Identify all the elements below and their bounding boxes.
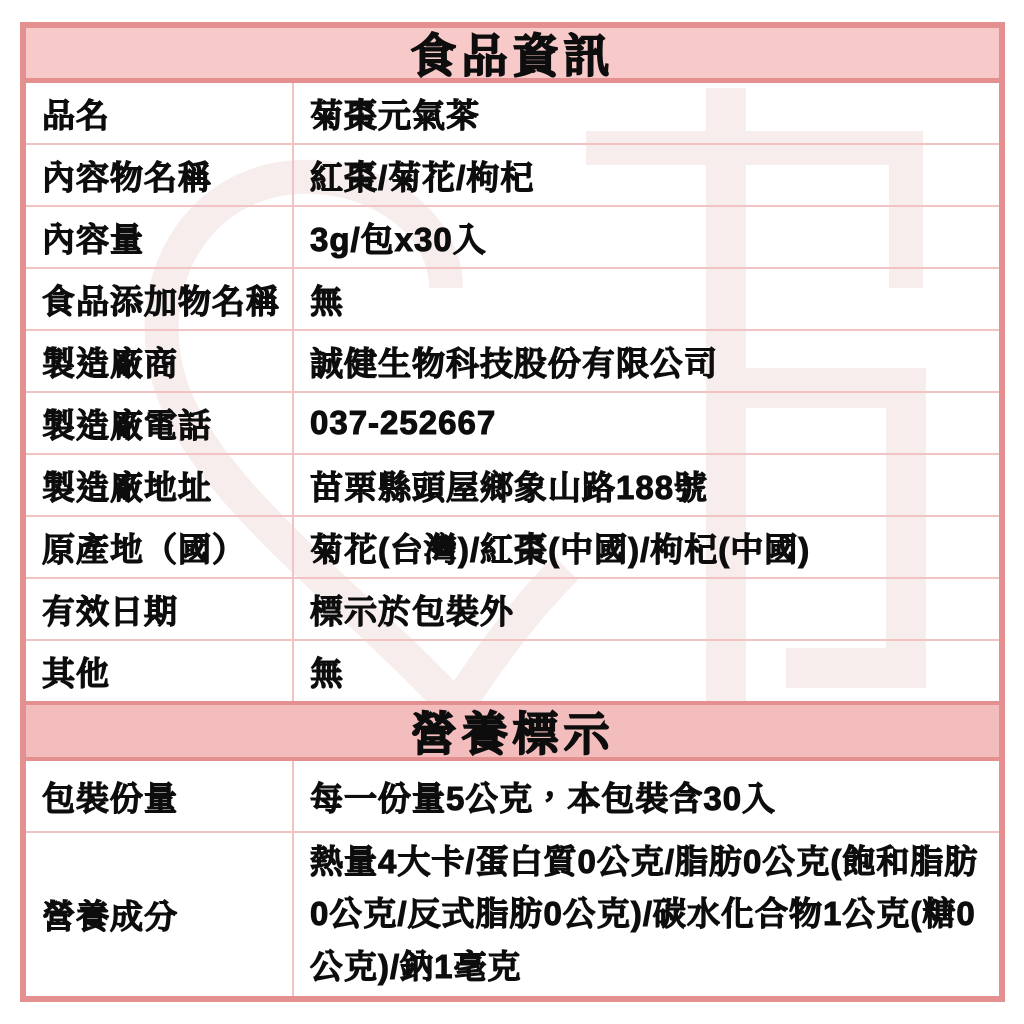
table-row-other: 其他 無: [26, 641, 999, 701]
row-label: 包裝份量: [26, 761, 294, 831]
section-header-nutrition: 營養標示: [26, 701, 999, 761]
nutrition-section: 包裝份量 每一份量5公克，本包裝含30入 營養成分 熱量4大卡/蛋白質0公克/脂…: [26, 761, 999, 996]
row-value: 無: [294, 641, 999, 701]
row-label: 品名: [26, 83, 294, 143]
row-value: 無: [294, 269, 999, 329]
table-row-origin-country: 原產地（國） 菊花(台灣)/紅棗(中國)/枸杞(中國): [26, 517, 999, 579]
table-row-nutrition-facts: 營養成分 熱量4大卡/蛋白質0公克/脂肪0公克(飽和脂肪0公克/反式脂肪0公克)…: [26, 833, 999, 996]
row-value: 3g/包x30入: [294, 207, 999, 267]
row-label: 其他: [26, 641, 294, 701]
row-label: 製造廠商: [26, 331, 294, 391]
row-value: 菊花(台灣)/紅棗(中國)/枸杞(中國): [294, 517, 999, 577]
table-row-product-name: 品名 菊棗元氣茶: [26, 83, 999, 145]
row-label: 有效日期: [26, 579, 294, 639]
row-label: 製造廠電話: [26, 393, 294, 453]
row-label: 內容物名稱: [26, 145, 294, 205]
row-value: 紅棗/菊花/枸杞: [294, 145, 999, 205]
row-label: 營養成分: [26, 833, 294, 996]
row-value: 037-252667: [294, 393, 999, 453]
row-label: 食品添加物名稱: [26, 269, 294, 329]
row-value: 菊棗元氣茶: [294, 83, 999, 143]
table-row-contents-name: 內容物名稱 紅棗/菊花/枸杞: [26, 145, 999, 207]
row-value: 苗栗縣頭屋鄉象山路188號: [294, 455, 999, 515]
food-info-table: 食品資訊 品名 菊棗元氣茶 內容物名稱 紅棗/菊花/枸杞 內容量 3g/包x30…: [20, 22, 1005, 1002]
row-label: 製造廠地址: [26, 455, 294, 515]
row-label: 原產地（國）: [26, 517, 294, 577]
table-row-net-content: 內容量 3g/包x30入: [26, 207, 999, 269]
page-background: 食品資訊 品名 菊棗元氣茶 內容物名稱 紅棗/菊花/枸杞 內容量 3g/包x30…: [0, 0, 1024, 1024]
row-value: 每一份量5公克，本包裝含30入: [294, 761, 999, 831]
row-label: 內容量: [26, 207, 294, 267]
table-row-expiry-date: 有效日期 標示於包裝外: [26, 579, 999, 641]
section-header-food-info: 食品資訊: [26, 28, 999, 83]
table-row-manufacturer-phone: 製造廠電話 037-252667: [26, 393, 999, 455]
table-row-additives: 食品添加物名稱 無: [26, 269, 999, 331]
row-value: 誠健生物科技股份有限公司: [294, 331, 999, 391]
table-row-manufacturer: 製造廠商 誠健生物科技股份有限公司: [26, 331, 999, 393]
food-info-section: 品名 菊棗元氣茶 內容物名稱 紅棗/菊花/枸杞 內容量 3g/包x30入 食品添…: [26, 83, 999, 701]
row-value: 熱量4大卡/蛋白質0公克/脂肪0公克(飽和脂肪0公克/反式脂肪0公克)/碳水化合…: [294, 833, 999, 996]
table-row-manufacturer-address: 製造廠地址 苗栗縣頭屋鄉象山路188號: [26, 455, 999, 517]
row-value: 標示於包裝外: [294, 579, 999, 639]
table-row-serving-size: 包裝份量 每一份量5公克，本包裝含30入: [26, 761, 999, 833]
